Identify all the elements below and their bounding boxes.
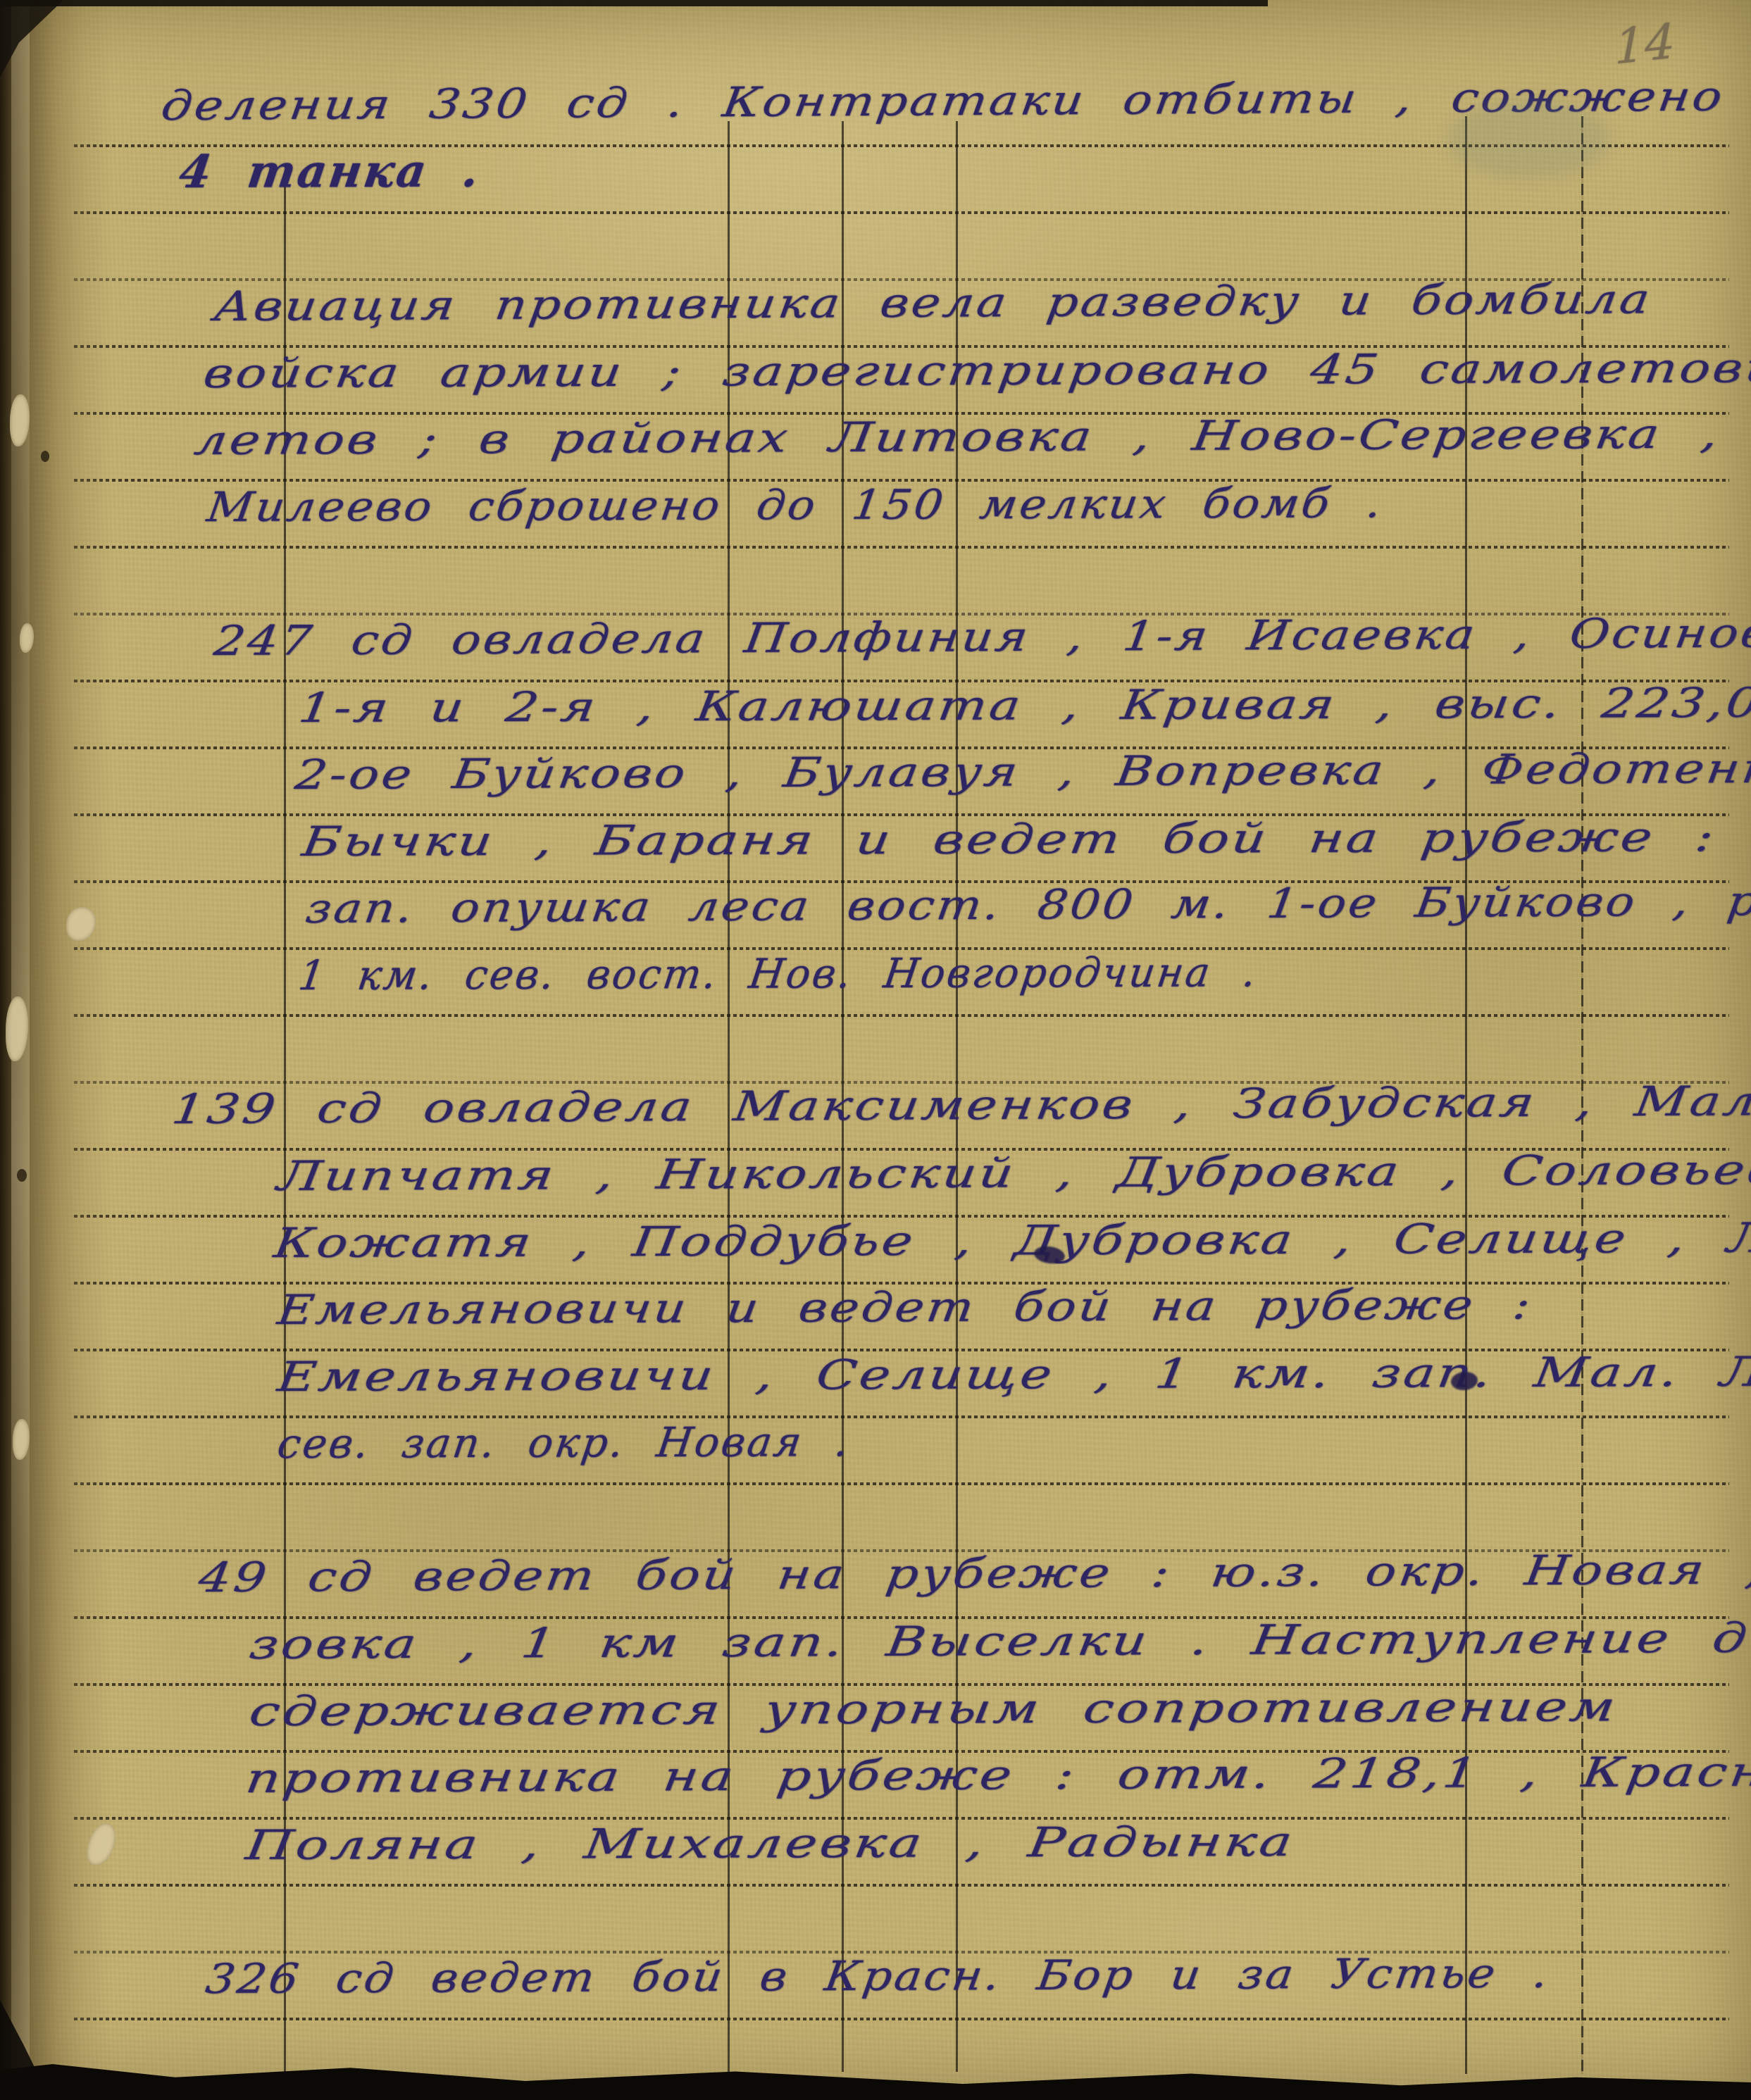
dotted-rule <box>74 1884 1729 1887</box>
page-number: 14 <box>1614 13 1675 75</box>
handwritten-line: Емельяновичи и ведет бой на рубеже : <box>275 1281 1535 1333</box>
handwritten-line: Липчатя , Никольский , Дубровка , Соловь… <box>275 1146 1751 1200</box>
handwritten-line: 1-я и 2-я , Калюшата , Кривая , выс. 223… <box>296 679 1751 731</box>
handwritten-line: 49 сд ведет бой на рубеже : ю.з. окр. Но… <box>196 1544 1751 1601</box>
dotted-rule <box>74 1014 1729 1017</box>
dotted-rule <box>74 1415 1729 1418</box>
handwritten-line: 1 км. сев. вост. Нов. Новгородчина . <box>296 949 1261 999</box>
paper-hole <box>41 451 49 462</box>
handwritten-line: Авиация противника вела разведку и бомби… <box>211 275 1655 330</box>
handwritten-line: сев. зап. окр. Новая . <box>275 1418 854 1468</box>
dotted-rule <box>74 2018 1729 2020</box>
handwritten-line: летов ; в районах Литовка , Ново-Сергеев… <box>192 411 1724 464</box>
handwritten-line: сдерживается упорным сопротивлением <box>247 1683 1621 1735</box>
handwritten-line: 2-ое Буйково , Булавуя , Вопревка , Федо… <box>292 744 1751 798</box>
page-edge-bottom <box>0 2063 1751 2100</box>
paper-stain <box>1447 99 1609 180</box>
handwritten-line: зап. опушка леса вост. 800 м. 1-ое Буйко… <box>303 877 1751 932</box>
handwritten-line: Бычки , Бараня и ведет бой на рубеже : <box>299 813 1719 865</box>
paper-hole <box>17 1169 27 1182</box>
handwritten-line: 247 сд овладела Полфиния , 1-я Исаевка ,… <box>211 609 1751 665</box>
handwritten-line: зовка , 1 км зап. Выселки . Наступление … <box>247 1613 1751 1668</box>
dotted-rule <box>74 1482 1729 1485</box>
handwritten-line: войска армии ; зарегистрировано 45 самол… <box>201 344 1751 397</box>
dotted-rule <box>74 211 1729 214</box>
handwritten-line: 4 танка . <box>176 145 484 198</box>
handwritten-line: 139 сд овладела Максименков , Забудская … <box>169 1077 1751 1133</box>
page-edge-top <box>0 0 1268 6</box>
handwritten-line: 326 сд ведет бой в Красн. Бор и за Устье… <box>203 1950 1553 2003</box>
handwritten-line: Кожатя , Поддубье , Дубровка , Селище , … <box>271 1213 1751 1267</box>
handwritten-line: противника на рубеже : отм. 218,1 , Крас… <box>243 1748 1751 1801</box>
dotted-rule <box>74 546 1729 549</box>
handwritten-line: Милеево сброшено до 150 мелких бомб . <box>204 480 1386 531</box>
handwritten-line: Поляна , Михалевка , Радынка <box>243 1818 1297 1869</box>
journal-page: 14 деления 330 сд . Контратаки отбиты , … <box>0 0 1751 2100</box>
handwritten-line: Емельяновичи , Селище , 1 км. зап. Мал. … <box>275 1347 1751 1401</box>
